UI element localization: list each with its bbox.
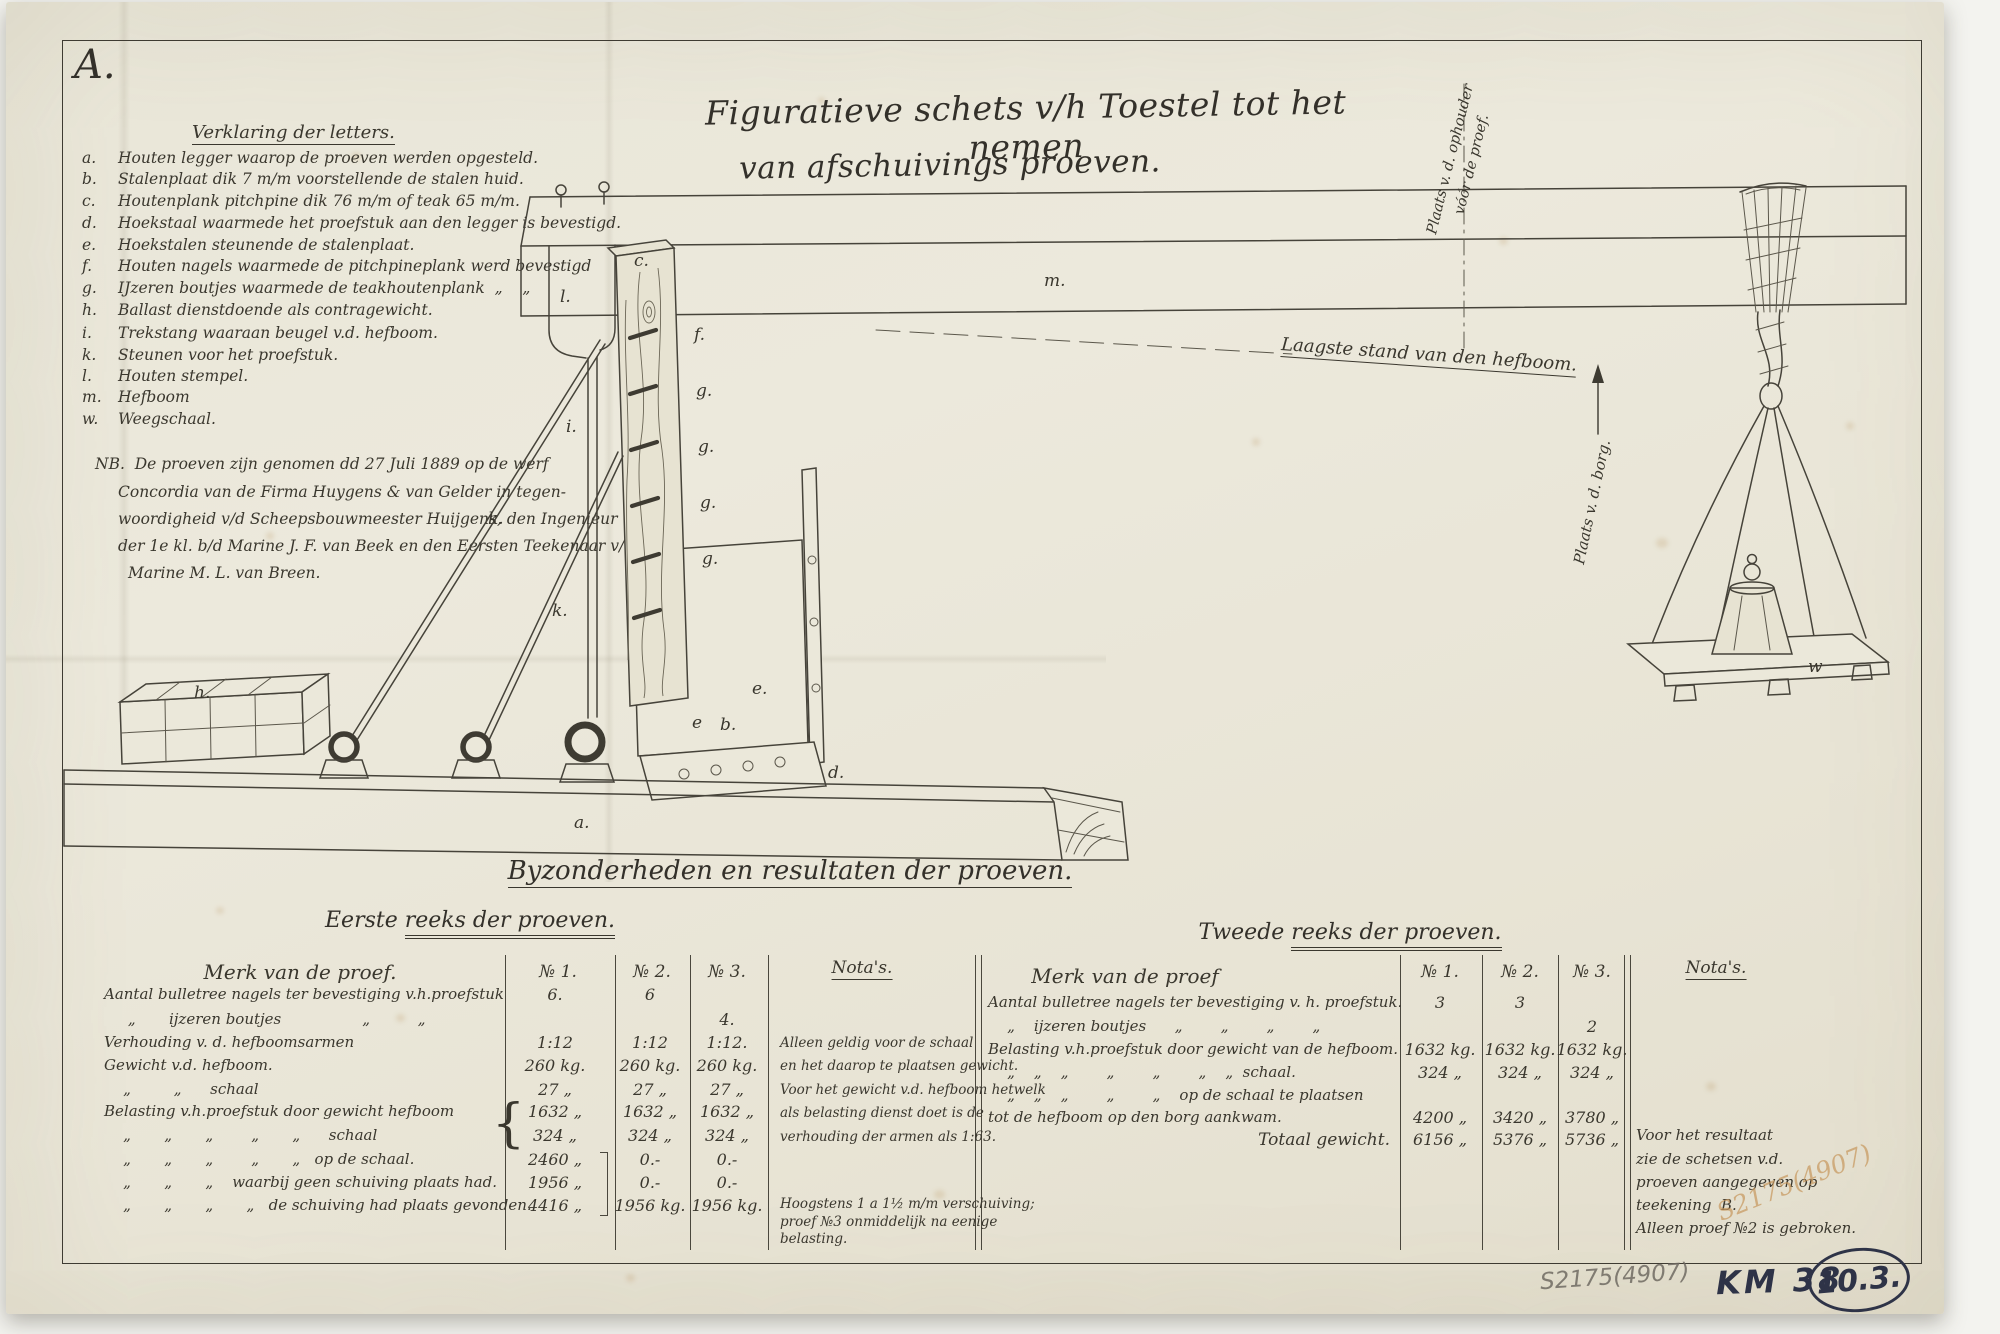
table-cell: 1632 „ xyxy=(700,1102,754,1121)
nota-line: verhouding der armen als 1:63. xyxy=(780,1129,996,1145)
left-col2-header: № 2. xyxy=(633,962,671,982)
table-row-label: Belasting v.h.proefstuk door gewicht hef… xyxy=(104,1102,454,1120)
notas-header-text: Nota's. xyxy=(1686,958,1747,980)
table-cell: 1:12 xyxy=(632,1033,668,1052)
part-label-g: g. xyxy=(696,381,712,401)
part-label-c: c. xyxy=(634,251,649,271)
table-cell: 6. xyxy=(547,985,562,1004)
table-cell: 324 „ xyxy=(533,1126,577,1145)
table-cell: 2 xyxy=(1587,1017,1597,1036)
nota-line: en het daarop te plaatsen gewicht. xyxy=(780,1058,1018,1074)
table-cell: 0.- xyxy=(640,1150,661,1169)
nota-line: Alleen geldig voor de schaal xyxy=(780,1035,973,1051)
table-cell: 6 xyxy=(645,985,655,1004)
table-rule xyxy=(1624,955,1625,1250)
table-cell: 27 „ xyxy=(538,1080,572,1099)
row-brace: { xyxy=(492,1094,525,1154)
support-rods xyxy=(320,340,623,778)
nota-line: Voor het resultaat xyxy=(1636,1126,1773,1144)
right-col1-header: № 1. xyxy=(1421,962,1459,982)
table-row-label: „ „ „ „ „ „ „ schaal. xyxy=(988,1063,1296,1081)
table-rule xyxy=(1558,955,1559,1250)
heading-main: reeks der proeven. xyxy=(1291,920,1501,951)
stirrup-and-tie-rod xyxy=(549,245,615,782)
heading-pre: Eerste xyxy=(325,908,405,933)
table-cell: 1956 „ xyxy=(528,1173,582,1192)
table-cell: 1632 „ xyxy=(528,1102,582,1121)
table-cell: 324 „ xyxy=(1418,1063,1462,1082)
table-cell: 260 kg. xyxy=(697,1056,758,1075)
results-heading: Byzonderheden en resultaten der proeven. xyxy=(490,856,1090,886)
table-cell: 1:12 xyxy=(537,1033,573,1052)
table-cell: 324 „ xyxy=(1570,1063,1614,1082)
table-row-label: „ „ „ „ „ op de schaal te plaatsen xyxy=(988,1086,1364,1104)
table-cell: 0.- xyxy=(717,1173,738,1192)
table-row-label: Belasting v.h.proefstuk door gewicht van… xyxy=(988,1040,1398,1058)
table-row-label: „ ijzeren boutjes „ „ „ „ xyxy=(988,1017,1320,1035)
part-label-g: g. xyxy=(698,437,714,457)
table-cell: 3 xyxy=(1435,993,1445,1012)
table-cell: 5376 „ xyxy=(1493,1130,1547,1149)
left-col3-header: № 3. xyxy=(708,962,746,982)
table-cell: 4200 „ xyxy=(1413,1108,1467,1127)
part-label-l: l. xyxy=(560,287,571,307)
table-row-label: Verhouding v. d. hefboomsarmen xyxy=(104,1033,354,1051)
table-rule xyxy=(768,955,769,1250)
table-cell: 1632 kg. xyxy=(1405,1040,1476,1059)
table-rule xyxy=(1482,955,1483,1250)
table-cell: 2460 „ xyxy=(528,1150,582,1169)
table-cell: 260 kg. xyxy=(525,1056,586,1075)
nota-line: zie de schetsen v.d. xyxy=(1636,1150,1783,1168)
left-notas-header: Nota's. xyxy=(832,958,893,978)
part-label-a: a. xyxy=(574,813,590,833)
table-row-label: „ „ „ „ de schuiving had plaats gevonden… xyxy=(104,1196,532,1214)
table-cell: 1956 kg. xyxy=(615,1196,686,1215)
table-row-label: „ „ schaal xyxy=(104,1080,259,1098)
table-row-label: „ „ „ waarbij geen schuiving plaats had. xyxy=(104,1173,497,1191)
part-label-h: h. xyxy=(194,683,210,703)
circled-number-text: 10.3. xyxy=(1815,1259,1903,1301)
ballast-stack xyxy=(120,674,330,764)
part-label-w: w xyxy=(1808,657,1823,677)
right-notas-header: Nota's. xyxy=(1686,958,1747,978)
right-table-heading: Tweede reeks der proeven. xyxy=(1160,920,1540,945)
table-rule xyxy=(1630,955,1631,1250)
nota-line: Hoogstens 1 a 1½ m/m verschuiving; xyxy=(780,1196,1035,1212)
table-cell: 5736 „ xyxy=(1565,1130,1619,1149)
beam-hefboom xyxy=(521,182,1906,316)
table-cell: 4. xyxy=(719,1010,734,1029)
nota-line: Alleen proef №2 is gebroken. xyxy=(1636,1219,1856,1237)
table-row-label: „ „ „ „ „ op de schaal. xyxy=(104,1150,414,1168)
table-row-label: „ „ „ „ „ schaal xyxy=(104,1126,377,1144)
table-cell: 1:12. xyxy=(706,1033,747,1052)
reference-lines xyxy=(876,84,1604,434)
table-row-label: Gewicht v.d. hefboom. xyxy=(104,1056,273,1074)
part-label-g: g. xyxy=(702,549,718,569)
table-row-label: „ ijzeren boutjes „ „ xyxy=(104,1010,426,1028)
table-cell: 27 „ xyxy=(633,1080,667,1099)
table-cell: 1956 kg. xyxy=(692,1196,763,1215)
table-cell: 3780 „ xyxy=(1565,1108,1619,1127)
table-cell: 1632 „ xyxy=(623,1102,677,1121)
table-cell: 3 xyxy=(1515,993,1525,1012)
right-table-header-label: Merk van de proef xyxy=(1031,964,1218,988)
table-cell: 4416 „ xyxy=(528,1196,582,1215)
part-label-g: g. xyxy=(700,493,716,513)
content-layer: A. Verklaring der letters. a.Houten legg… xyxy=(0,0,2000,1334)
table-row-label: Aantal bulletree nagels ter bevestiging … xyxy=(988,993,1402,1011)
table-cell: 324 „ xyxy=(628,1126,672,1145)
part-label-e: e xyxy=(692,713,702,733)
nota-line: proef №3 onmiddelijk na eenige xyxy=(780,1214,997,1230)
table-cell: 1632 kg. xyxy=(1485,1040,1556,1059)
part-label-d: d. xyxy=(828,763,844,783)
part-label-i: i. xyxy=(566,417,577,437)
row-bracket xyxy=(600,1152,608,1216)
table-cell: 3420 „ xyxy=(1493,1108,1547,1127)
nota-line: als belasting dienst doet is de xyxy=(780,1105,984,1121)
table-cell: 27 „ xyxy=(710,1080,744,1099)
part-label-b: b. xyxy=(720,715,736,735)
table-cell: 0.- xyxy=(717,1150,738,1169)
test-piece-assembly xyxy=(608,240,826,800)
part-label-f: f. xyxy=(692,325,705,345)
table-cell: 6156 „ xyxy=(1413,1130,1467,1149)
base-legger xyxy=(64,770,1128,860)
part-label-k: k. xyxy=(552,601,568,621)
scanned-drawing-page: A. Verklaring der letters. a.Houten legg… xyxy=(0,0,2000,1334)
table-cell: 0.- xyxy=(640,1173,661,1192)
part-label-k: k. xyxy=(488,509,504,529)
weighing-scale xyxy=(1628,183,1889,701)
table-row-label: Aantal bulletree nagels ter bevestiging … xyxy=(104,985,504,1003)
table-cell: 260 kg. xyxy=(620,1056,681,1075)
heading-main: reeks der proeven. xyxy=(405,908,615,939)
nota-line: belasting. xyxy=(780,1231,847,1247)
notas-header-text: Nota's. xyxy=(832,958,893,980)
table-cell: 324 „ xyxy=(705,1126,749,1145)
right-col2-header: № 2. xyxy=(1501,962,1539,982)
part-label-e: e. xyxy=(752,679,767,699)
left-table-header-label: Merk van de proef. xyxy=(203,960,396,984)
right-col3-header: № 3. xyxy=(1573,962,1611,982)
table-cell: 324 „ xyxy=(1498,1063,1542,1082)
table-row-label: tot de hefboom op den borg aankwam. xyxy=(988,1108,1282,1126)
left-col1-header: № 1. xyxy=(539,962,577,982)
left-table-heading: Eerste reeks der proeven. xyxy=(280,908,660,933)
part-label-m: m. xyxy=(1044,271,1066,291)
results-heading-text: Byzonderheden en resultaten der proeven. xyxy=(508,856,1073,888)
total-row-label: Totaal gewicht. xyxy=(1150,1130,1390,1150)
heading-pre: Tweede xyxy=(1198,920,1291,945)
table-cell: 1632 kg. xyxy=(1557,1040,1628,1059)
